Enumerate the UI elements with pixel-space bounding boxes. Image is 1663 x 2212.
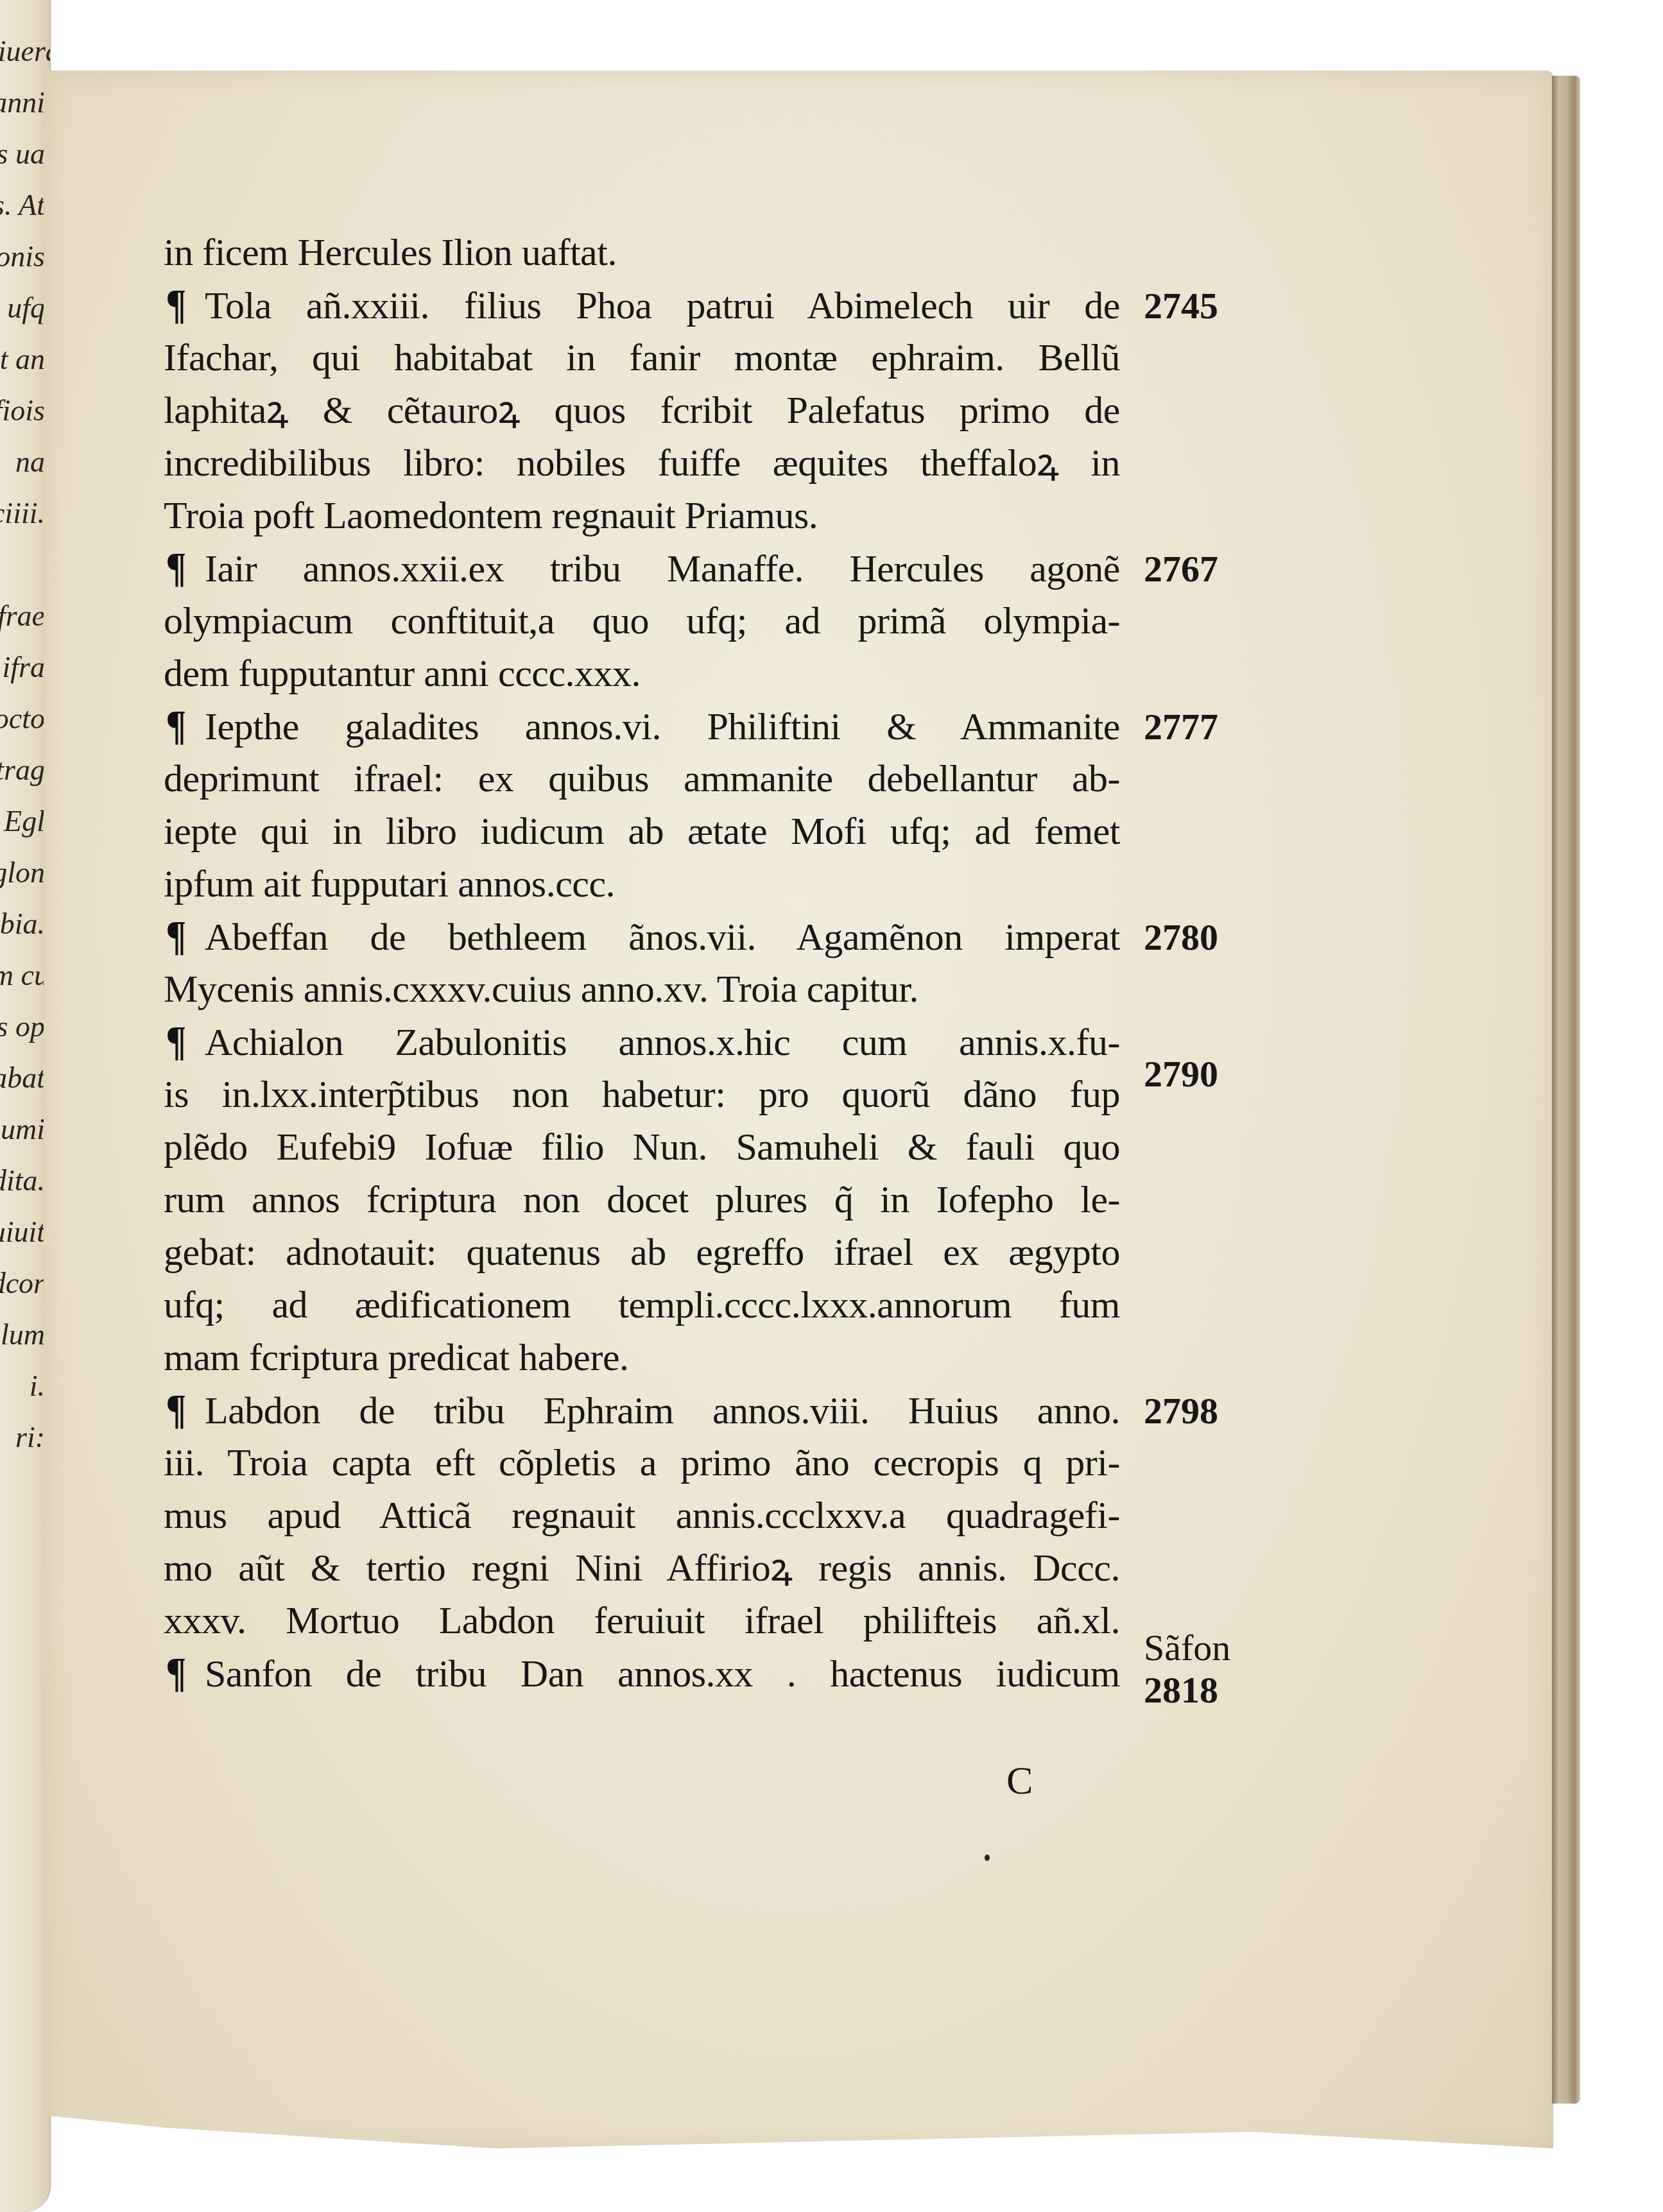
paragraph-start-line: ¶Sanfon de tribu Dan annos.xx . hactenus…	[164, 1647, 1120, 1699]
line-text: mus apud Atticã regnauit annis.ccclxxv.a…	[164, 1494, 1120, 1536]
text-line: ufq; ad ædificationem templi.cccc.lxxx.a…	[164, 1278, 1120, 1331]
facing-line: plum	[0, 1309, 45, 1360]
facing-line: nix octo	[0, 693, 45, 744]
book-fore-edge	[1552, 76, 1580, 2104]
paragraph-start-line: ¶Iair annos.xxii.ex tribu Manaffe. Hercu…	[164, 542, 1120, 594]
facing-line	[0, 539, 45, 590]
line-text: Tola añ.xxiii. filius Phoa patrui Abimel…	[205, 284, 1120, 327]
facing-line: ratus op	[0, 1001, 45, 1052]
facing-line: ft in lybia.	[0, 898, 45, 950]
text-line: ipfum ait fupputari annos.ccc.	[164, 857, 1120, 910]
paragraph-start-line: ¶Iepthe galadites annos.vi. Philiftini &…	[164, 699, 1120, 752]
text-line: mam fcriptura predicat habere.	[164, 1331, 1120, 1384]
text-line: Troia poft Laomedontem regnauit Priamus.	[164, 489, 1120, 542]
pilcrow-icon: ¶	[166, 279, 203, 331]
text-line: in ficem Hercules Ilion uaftat.	[164, 226, 1120, 279]
facing-line: filii ifra	[0, 642, 45, 693]
line-text: dem fupputantur anni cccc.xxx.	[164, 652, 641, 694]
margin-year-note: 2745	[1144, 287, 1218, 325]
facing-line: n hec anni	[0, 77, 45, 128]
paragraph-start-line: ¶Achialon Zabulonitis annos.x.hic cum an…	[164, 1015, 1120, 1068]
facing-line: dita.	[0, 1155, 45, 1206]
facing-line: erat an	[0, 334, 45, 385]
text-line: plẽdo Eufebi9 Iofuæ filio Nun. Samuheli …	[164, 1120, 1120, 1173]
line-text: deprimunt ifrael: ex quibus ammanite deb…	[164, 757, 1120, 800]
text-line: mus apud Atticã regnauit annis.ccclxxv.a…	[164, 1489, 1120, 1541]
text-line: is in.lxx.interp̃tibus non habetur: pro …	[164, 1068, 1120, 1120]
line-text: Iepthe galadites annos.vi. Philiftini & …	[205, 705, 1120, 748]
facing-line: gulis ua	[0, 128, 45, 180]
ink-speck	[985, 1855, 990, 1861]
line-text: incredibilibus libro: nobiles fuiffe æqu…	[164, 442, 1120, 484]
pilcrow-icon: ¶	[166, 1015, 203, 1068]
line-text: mo aũt & tertio regni Nini Affirioꝝ regi…	[164, 1547, 1120, 1589]
facing-line: nus ifrae	[0, 590, 45, 642]
paragraph-start-line: ¶Tola añ.xxiii. filius Phoa patrui Abime…	[164, 279, 1120, 331]
margin-year-note: Sãfon	[1144, 1629, 1230, 1667]
text-line: mo aũt & tertio regni Nini Affirioꝝ regi…	[164, 1541, 1120, 1594]
margin-year-note: 2818	[1144, 1672, 1218, 1709]
pilcrow-icon: ¶	[166, 1384, 203, 1436]
line-text: Ifachar, qui habitabat in fanir montæ ep…	[164, 336, 1120, 379]
facing-line: Ephraim cum	[0, 950, 45, 1001]
line-text: Abeffan de bethleem ãnos.vii. Agamẽnon i…	[205, 916, 1120, 958]
text-line: Mycenis annis.cxxxv.cuius anno.xv. Troia…	[164, 963, 1120, 1015]
line-text: rum annos fcriptura non docet plures q̃ …	[164, 1178, 1120, 1221]
text-line: iii. Troia capta eft cõpletis a primo ãn…	[164, 1436, 1120, 1489]
margin-year-note: 2790	[1144, 1056, 1218, 1093]
facing-line: ora humi	[0, 1104, 45, 1155]
line-text: iii. Troia capta eft cõpletis a primo ãn…	[164, 1441, 1120, 1484]
line-text: Mycenis annis.cxxxv.cuius anno.xv. Troia…	[164, 968, 918, 1010]
facing-line: fo Eglon	[0, 847, 45, 898]
text-line: gebat: adnotauit: quatenus ab egreffo if…	[164, 1226, 1120, 1278]
facing-line: pe:puiffiois	[0, 385, 45, 436]
line-text: mam fcriptura predicat habere.	[164, 1336, 629, 1378]
text-block: in ficem Hercules Ilion uaftat.¶Tola añ.…	[164, 226, 1120, 1699]
text-line: laphitaꝝ & cẽtauroꝝ quos fcribit Palefat…	[164, 384, 1120, 436]
facing-line: ri:	[0, 1412, 45, 1463]
line-text: Troia poft Laomedontem regnauit Priamus.	[164, 494, 818, 536]
pilcrow-icon: ¶	[166, 542, 203, 594]
line-text: is in.lxx.interp̃tibus non habetur: pro …	[164, 1073, 1120, 1115]
facing-line: edcor	[0, 1258, 45, 1309]
facing-line: us,Pcipiuera	[0, 26, 45, 77]
line-text: xxxv. Mortuo Labdon feruiuit ifrael phil…	[164, 1599, 1120, 1642]
paragraph-start-line: ¶Abeffan de bethleem ãnos.vii. Agamẽnon …	[164, 910, 1120, 963]
pilcrow-icon: ¶	[166, 910, 203, 963]
line-text: Labdon de tribu Ephraim annos.viii. Huiu…	[205, 1389, 1120, 1432]
margin-year-note: 2767	[1144, 551, 1218, 588]
facing-line: i.	[0, 1360, 45, 1412]
facing-line: it illis. Egl	[0, 796, 45, 847]
text-line: Ifachar, qui habitabat in fanir montæ ep…	[164, 331, 1120, 384]
paragraph-start-line: ¶Labdon de tribu Ephraim annos.viii. Hui…	[164, 1384, 1120, 1436]
facing-page-fragment: us,Pcipiueran hec annigulis uaatis. Atnq…	[0, 0, 51, 2212]
line-text: in ficem Hercules Ilion uaftat.	[164, 231, 617, 273]
line-text: ufq; ad ædificationem templi.cccc.lxxx.a…	[164, 1283, 1120, 1326]
line-text: Sanfon de tribu Dan annos.xx . hactenus …	[205, 1652, 1120, 1695]
text-line: incredibilibus libro: nobiles fuiffe æqu…	[164, 436, 1120, 489]
pilcrow-icon: ¶	[166, 699, 203, 752]
line-text: iepte qui in libro iudicum ab ætate Mofi…	[164, 810, 1120, 852]
signature-mark: C	[1006, 1758, 1033, 1804]
facing-line: gnabat	[0, 1052, 45, 1104]
facing-line: qui utrag	[0, 744, 45, 796]
facing-line: nquifitionis	[0, 231, 45, 282]
text-line: dem fupputantur anni cccc.xxx.	[164, 647, 1120, 699]
text-line: rum annos fcriptura non docet plures q̃ …	[164, 1173, 1120, 1226]
facing-line: eruiuit	[0, 1206, 45, 1258]
pilcrow-icon: ¶	[166, 1647, 203, 1699]
margin-year-note: 2777	[1144, 708, 1218, 746]
facing-line: atis. At	[0, 180, 45, 231]
margin-year-note: 2798	[1144, 1393, 1218, 1430]
line-text: Achialon Zabulonitis annos.x.hic cum ann…	[205, 1021, 1120, 1063]
text-line: xxxv. Mortuo Labdon feruiuit ifrael phil…	[164, 1594, 1120, 1647]
line-text: plẽdo Eufebi9 Iofuæ filio Nun. Samuheli …	[164, 1126, 1120, 1168]
text-line: deprimunt ifrael: ex quibus ammanite deb…	[164, 752, 1120, 805]
facing-line: cc.xciiii.	[0, 488, 45, 539]
facing-page-text: us,Pcipiueran hec annigulis uaatis. Atnq…	[0, 26, 45, 1463]
line-text: Iair annos.xxii.ex tribu Manaffe. Hercul…	[205, 547, 1120, 590]
facing-line: na	[0, 436, 45, 488]
margin-year-note: 2780	[1144, 919, 1218, 956]
line-text: gebat: adnotauit: quatenus ab egreffo if…	[164, 1231, 1120, 1273]
line-text: olympiacum conftituit,a quo ufq; ad prim…	[164, 599, 1120, 642]
line-text: laphitaꝝ & cẽtauroꝝ quos fcribit Palefat…	[164, 389, 1120, 431]
facing-line: Abuiu ufq	[0, 282, 45, 334]
line-text: ipfum ait fupputari annos.ccc.	[164, 862, 615, 905]
text-line: iepte qui in libro iudicum ab ætate Mofi…	[164, 805, 1120, 857]
text-line: olympiacum conftituit,a quo ufq; ad prim…	[164, 594, 1120, 647]
